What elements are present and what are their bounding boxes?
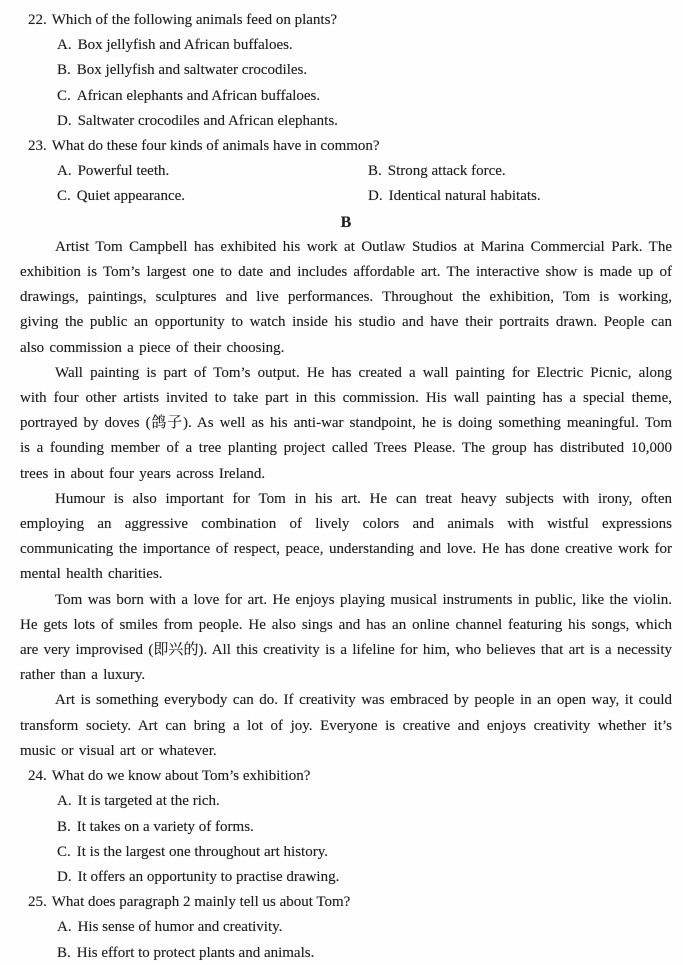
option-label: A. <box>57 919 72 935</box>
reading-passage: Artist Tom Campbell has exhibited his wo… <box>20 235 672 764</box>
options-grid: A.Powerful teeth. B.Strong attack force.… <box>20 159 672 209</box>
question-25: 25.What does paragraph 2 mainly tell us … <box>20 890 672 965</box>
option-label: C. <box>57 844 71 860</box>
option-label: B. <box>368 163 382 179</box>
option-text: Quiet appearance. <box>77 188 185 204</box>
option-text: It is targeted at the rich. <box>78 793 220 809</box>
option-text: Strong attack force. <box>388 163 506 179</box>
passage-paragraph: Tom was born with a love for art. He enj… <box>20 588 672 689</box>
option-c: C.Quiet appearance. <box>57 184 368 209</box>
option-text: Identical natural habitats. <box>389 188 541 204</box>
option-text: African elephants and African buffaloes. <box>77 88 320 104</box>
option-c: C.It is the largest one throughout art h… <box>20 840 672 865</box>
option-text: Box jellyfish and saltwater crocodiles. <box>77 62 307 78</box>
option-b: B.Strong attack force. <box>368 159 672 184</box>
option-text: It offers an opportunity to practise dra… <box>78 869 340 885</box>
option-label: D. <box>57 869 72 885</box>
question-text: Which of the following animals feed on p… <box>52 12 337 28</box>
option-c: C.African elephants and African buffaloe… <box>20 84 672 109</box>
option-b: B.It takes on a variety of forms. <box>20 815 672 840</box>
option-a: A.Powerful teeth. <box>57 159 368 184</box>
option-label: C. <box>57 88 71 104</box>
option-label: B. <box>57 62 71 78</box>
option-text: It takes on a variety of forms. <box>77 819 254 835</box>
option-text: Box jellyfish and African buffaloes. <box>78 37 293 53</box>
option-label: A. <box>57 163 72 179</box>
option-b: B.Box jellyfish and saltwater crocodiles… <box>20 58 672 83</box>
question-25-line: 25.What does paragraph 2 mainly tell us … <box>20 890 672 915</box>
passage-paragraph: Art is something everybody can do. If cr… <box>20 688 672 764</box>
option-d: D.It offers an opportunity to practise d… <box>20 865 672 890</box>
option-label: D. <box>368 188 383 204</box>
option-label: A. <box>57 793 72 809</box>
option-label: B. <box>57 945 71 961</box>
option-label: C. <box>57 188 71 204</box>
option-a: A.Box jellyfish and African buffaloes. <box>20 33 672 58</box>
question-24: 24.What do we know about Tom’s exhibitio… <box>20 764 672 890</box>
question-23-line: 23.What do these four kinds of animals h… <box>20 134 672 159</box>
passage-paragraph: Humour is also important for Tom in his … <box>20 487 672 588</box>
question-number: 24. <box>28 768 47 784</box>
option-text: His effort to protect plants and animals… <box>77 945 315 961</box>
question-23: 23.What do these four kinds of animals h… <box>20 134 672 210</box>
option-text: Powerful teeth. <box>78 163 170 179</box>
test-paper-page: 22.Which of the following animals feed o… <box>0 0 683 965</box>
option-text: His sense of humor and creativity. <box>78 919 283 935</box>
option-text: It is the largest one throughout art his… <box>77 844 328 860</box>
option-a: A.His sense of humor and creativity. <box>20 915 672 940</box>
option-label: B. <box>57 819 71 835</box>
question-number: 22. <box>28 12 47 28</box>
question-text: What do these four kinds of animals have… <box>52 138 380 154</box>
option-a: A.It is targeted at the rich. <box>20 789 672 814</box>
option-text: Saltwater crocodiles and African elephan… <box>78 113 338 129</box>
question-24-line: 24.What do we know about Tom’s exhibitio… <box>20 764 672 789</box>
question-text: What do we know about Tom’s exhibition? <box>52 768 311 784</box>
question-number: 25. <box>28 894 47 910</box>
passage-paragraph: Wall painting is part of Tom’s output. H… <box>20 361 672 487</box>
option-label: D. <box>57 113 72 129</box>
question-22: 22.Which of the following animals feed o… <box>20 8 672 134</box>
question-text: What does paragraph 2 mainly tell us abo… <box>52 894 351 910</box>
option-b: B.His effort to protect plants and anima… <box>20 941 672 965</box>
question-22-line: 22.Which of the following animals feed o… <box>20 8 672 33</box>
question-number: 23. <box>28 138 47 154</box>
option-d: D.Identical natural habitats. <box>368 184 672 209</box>
passage-section-label: B <box>20 210 672 235</box>
option-label: A. <box>57 37 72 53</box>
option-d: D.Saltwater crocodiles and African eleph… <box>20 109 672 134</box>
passage-paragraph: Artist Tom Campbell has exhibited his wo… <box>20 235 672 361</box>
